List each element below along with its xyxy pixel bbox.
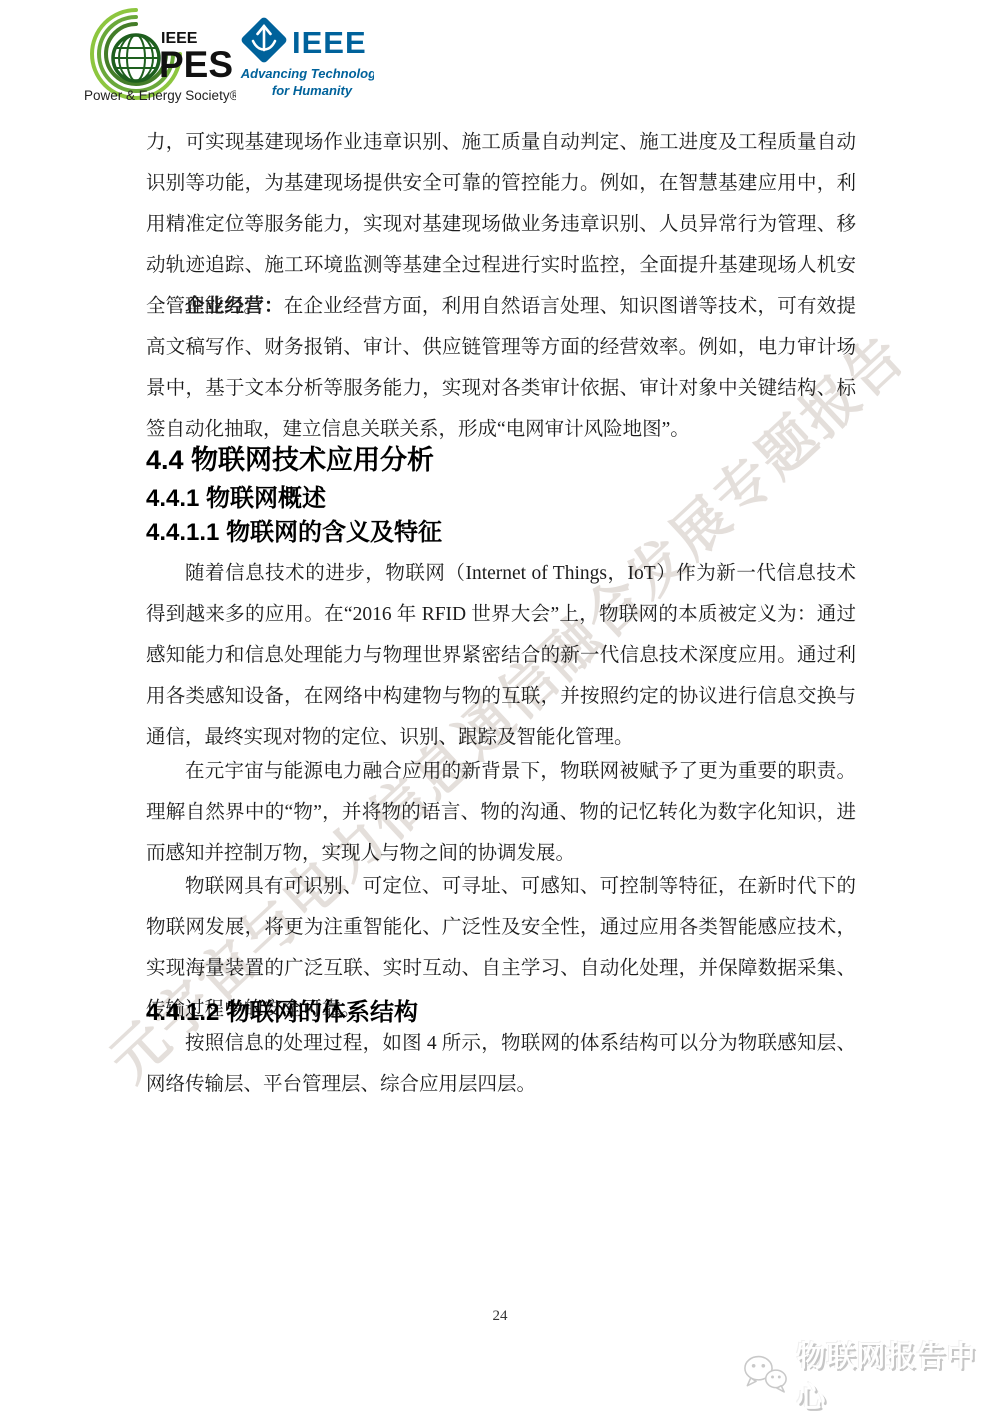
ieee-diamond-icon: IEEE Advancing Technology for Humanity bbox=[238, 16, 374, 100]
svg-text:Power & Energy Society®: Power & Energy Society® bbox=[84, 88, 236, 103]
footer-brand-text: 物联网报告中心 bbox=[797, 1334, 1000, 1414]
ieee-pes-logo: IEEE PES Power & Energy Society® bbox=[84, 6, 236, 109]
wechat-icon bbox=[742, 1352, 789, 1398]
paragraph-lead-body: 在企业经营方面，利用自然语言处理、知识图谱等技术，可有效提高文稿写作、财务报销、… bbox=[146, 296, 856, 440]
page-header: IEEE PES Power & Energy Society® IEEE Ad… bbox=[0, 0, 1000, 115]
footer-brand: 物联网报告中心 bbox=[742, 1350, 1000, 1400]
heading-4-4: 4.4 物联网技术应用分析 bbox=[146, 438, 856, 477]
paragraph-iot-architecture: 按照信息的处理过程，如图 4 所示，物联网的体系结构可以分为物联感知层、网络传输… bbox=[146, 1023, 856, 1105]
heading-4-4-1-2: 4.4.1.2 物联网的体系结构 bbox=[146, 992, 856, 1027]
paragraph-lead-label: 企业经营： bbox=[185, 296, 284, 317]
paragraph-metaverse-background: 在元宇宙与能源电力融合应用的新背景下，物联网被赋予了更为重要的职责。理解自然界中… bbox=[146, 751, 856, 874]
ieee-logo: IEEE Advancing Technology for Humanity bbox=[238, 16, 374, 105]
svg-text:PES: PES bbox=[159, 44, 233, 85]
paragraph-enterprise-operation: 企业经营：在企业经营方面，利用自然语言处理、知识图谱等技术，可有效提高文稿写作、… bbox=[146, 286, 856, 450]
svg-text:for Humanity: for Humanity bbox=[272, 83, 353, 98]
pes-globe-icon: IEEE PES Power & Energy Society® bbox=[84, 6, 236, 104]
svg-text:Advancing Technology: Advancing Technology bbox=[240, 66, 374, 81]
heading-4-4-1: 4.4.1 物联网概述 bbox=[146, 478, 856, 513]
paragraph-iot-definition: 随着信息技术的进步，物联网（Internet of Things，IoT）作为新… bbox=[146, 553, 856, 758]
page-number: 24 bbox=[0, 1308, 1000, 1325]
svg-text:IEEE: IEEE bbox=[292, 25, 367, 60]
heading-4-4-1-1: 4.4.1.1 物联网的含义及特征 bbox=[146, 512, 856, 547]
document-page: IEEE PES Power & Energy Society® IEEE Ad… bbox=[0, 0, 1000, 1414]
